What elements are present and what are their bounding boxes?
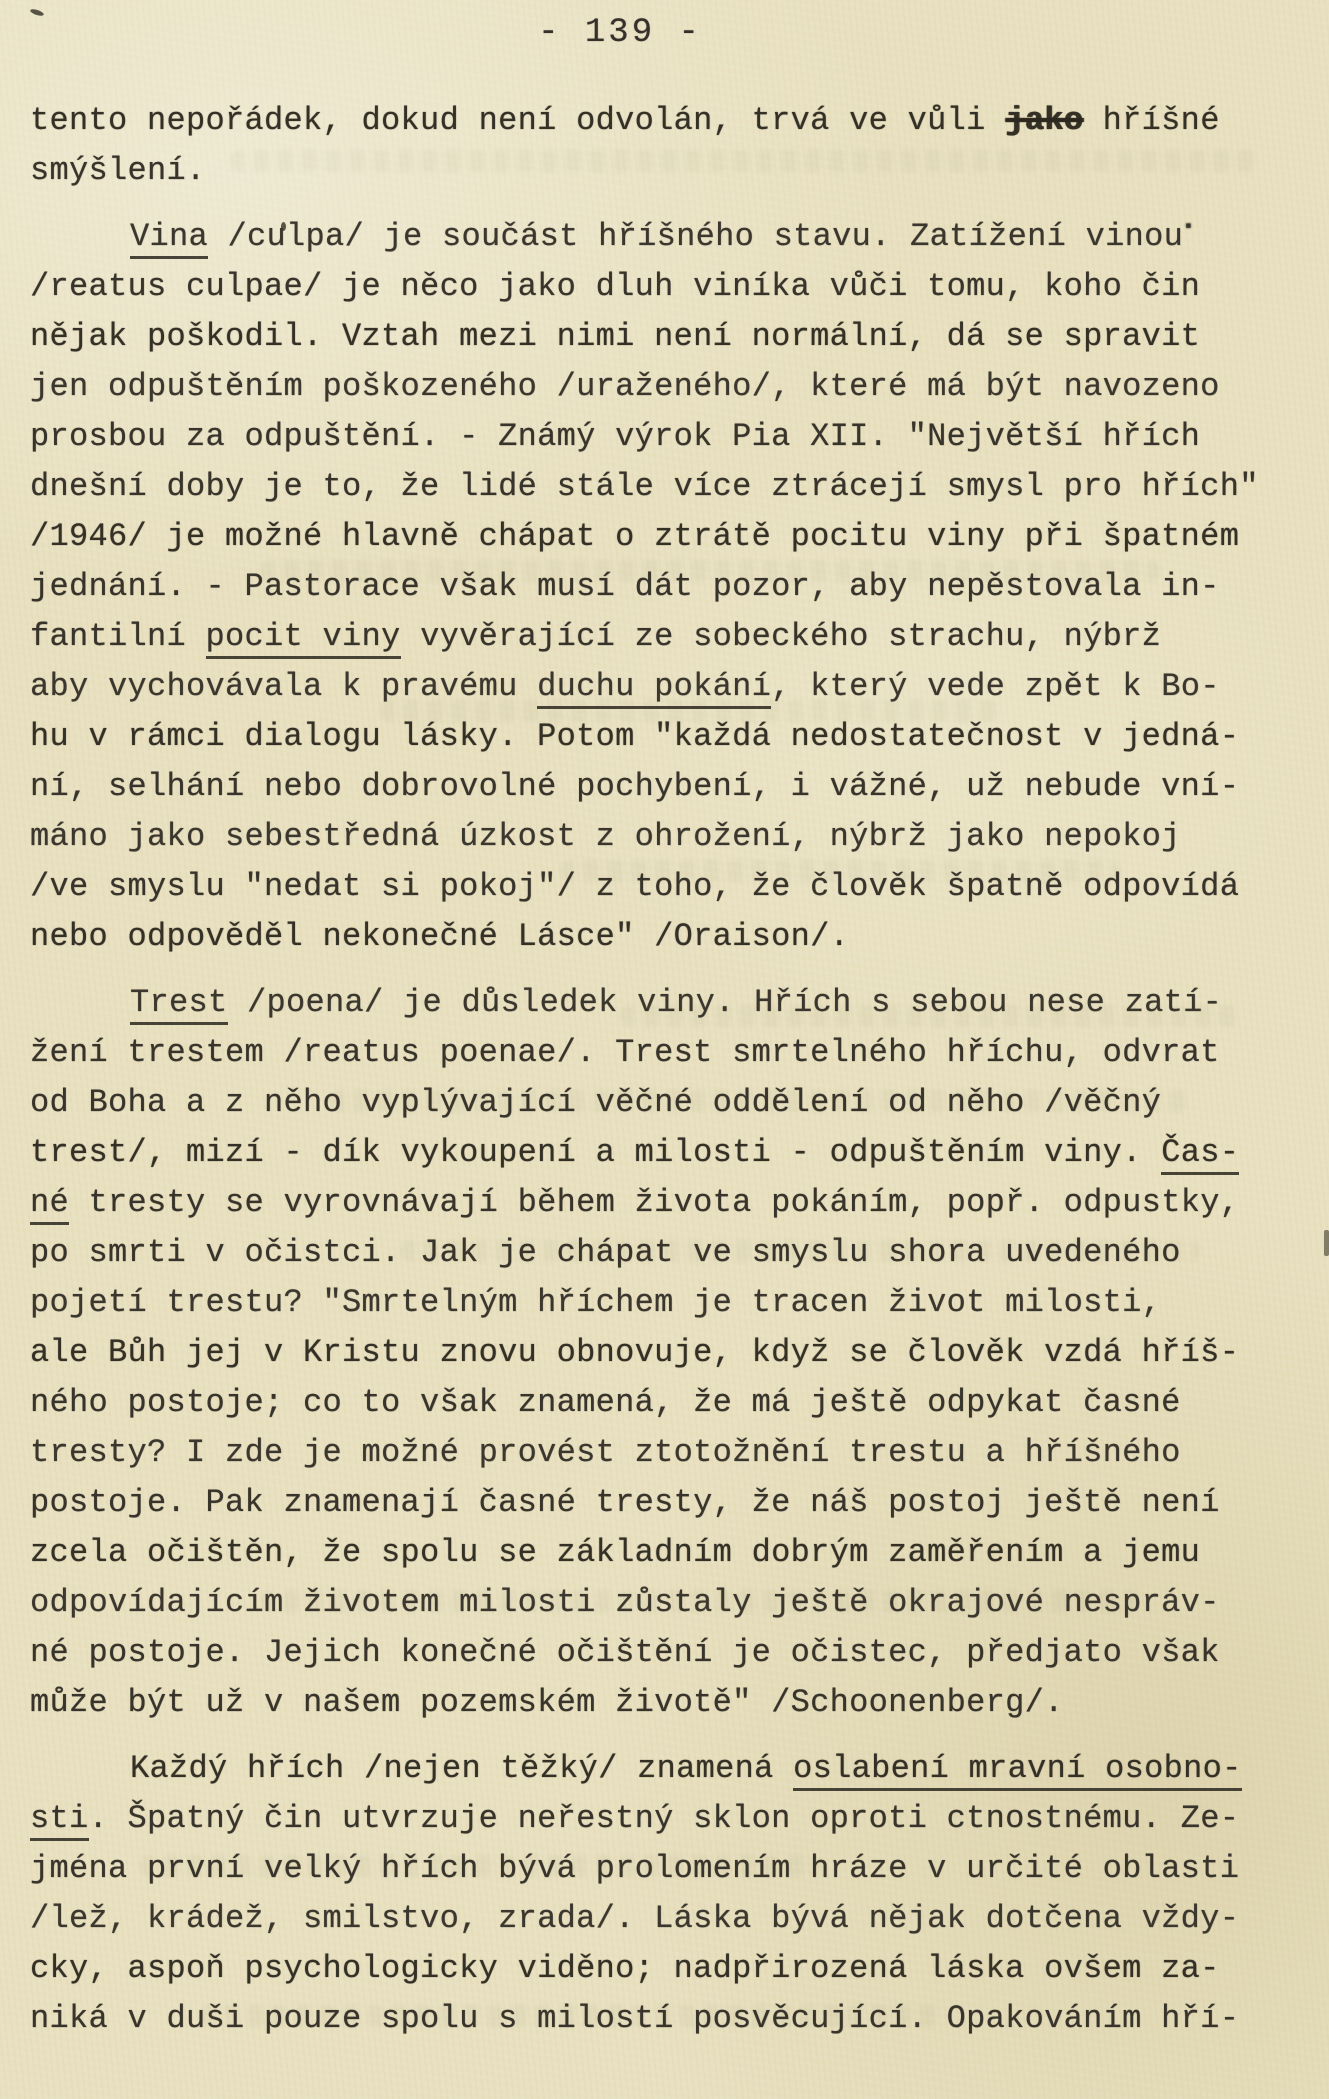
text-line: /1946/ je možné hlavně chápat o ztrátě p… [30, 512, 1311, 562]
text-run: zcela očištěn, že spolu se základním dob… [30, 1534, 1200, 1571]
text-run: ní, selhání nebo dobrovolné pochybení, i… [30, 768, 1239, 805]
text-run: /reatus culpae/ je něco jako dluh viníka… [30, 268, 1200, 305]
underlined-text: pocit viny [206, 618, 401, 659]
text-run: máno jako sebestředná úzkost z ohrožení,… [30, 818, 1181, 855]
text-line: né postoje. Jejich konečné očištění je o… [30, 1628, 1311, 1678]
text-run: aby vychovávala k pravému [30, 668, 537, 705]
text-run: odpovídajícím životem milosti zůstaly je… [30, 1584, 1220, 1621]
text-line: tresty? I zde je možné provést ztotožněn… [30, 1428, 1311, 1478]
text-line: niká v duši pouze spolu s milostí posvěc… [30, 1994, 1311, 2044]
text-run: tresty se vyrovnávají během života pokán… [69, 1184, 1239, 1221]
text-run: žení trestem /reatus poenae/. Trest smrt… [30, 1034, 1220, 1071]
text-line: né tresty se vyrovnávají během života po… [30, 1178, 1311, 1228]
text-run: prosbou za odpuštění. - Známý výrok Pia … [30, 418, 1200, 455]
text-line: Vina /culpa/ je součást hříšného stavu. … [30, 212, 1311, 262]
underlined-text: Čas- [1161, 1134, 1239, 1175]
text-run: jen odpuštěním poškozeného /uraženého/, … [30, 368, 1220, 405]
text-run: /poena/ je důsledek viny. Hřích s sebou … [228, 984, 1223, 1021]
text-run: vyvěrající ze sobeckého strachu, nýbrž [401, 618, 1162, 655]
text-run: pojetí trestu? "Smrtelným hříchem je tra… [30, 1284, 1161, 1321]
text-line: prosbou za odpuštění. - Známý výrok Pia … [30, 412, 1311, 462]
text-run: nějak poškodil. Vztah mezi nimi není nor… [30, 318, 1200, 355]
underlined-text: oslabení mravní osobno- [793, 1750, 1242, 1791]
text-run: tresty? I zde je možné provést ztotožněn… [30, 1434, 1181, 1471]
text-line: /ve smyslu "nedat si pokoj"/ z toho, že … [30, 862, 1311, 912]
text-line: ného postoje; co to však znamená, že má … [30, 1378, 1311, 1428]
text-run: /culpa/ je součást hříšného stavu. Zatíž… [208, 218, 1183, 255]
text-run: fantilní [30, 618, 206, 655]
text-line: smýšlení. [30, 146, 1311, 196]
text-line: ní, selhání nebo dobrovolné pochybení, i… [30, 762, 1311, 812]
text-run: smýšlení. [30, 152, 206, 189]
text-line: postoje. Pak znamenají časné tresty, že … [30, 1478, 1311, 1528]
text-run: ale Bůh jej v Kristu znovu obnovuje, kdy… [30, 1334, 1239, 1371]
text-line: dnešní doby je to, že lidé stále více zt… [30, 462, 1311, 512]
text-line: odpovídajícím životem milosti zůstaly je… [30, 1578, 1311, 1628]
text-line: cky, aspoň psychologicky viděno; nadpřir… [30, 1944, 1311, 1994]
text-line: jednání. - Pastorace však musí dát pozor… [30, 562, 1311, 612]
text-lines: tento nepořádek, dokud není odvolán, trv… [30, 96, 1311, 2044]
text-line: nějak poškodil. Vztah mezi nimi není nor… [30, 312, 1311, 362]
text-line: nebo odpověděl nekonečné Lásce" /Oraison… [30, 912, 1311, 962]
text-line: pojetí trestu? "Smrtelným hříchem je tra… [30, 1278, 1311, 1328]
text-run: po smrti v očistci. Jak je chápat ve smy… [30, 1234, 1181, 1271]
text-run: dnešní doby je to, že lidé stále více zt… [30, 468, 1259, 505]
text-run: /lež, krádež, smilstvo, zrada/. Láska bý… [30, 1900, 1239, 1937]
text-run: , který vede zpět k Bo- [771, 668, 1220, 705]
text-run: může být už v našem pozemském životě" /S… [30, 1684, 1064, 1721]
text-line: máno jako sebestředná úzkost z ohrožení,… [30, 812, 1311, 862]
text-run: nebo odpověděl nekonečné Lásce" /Oraison… [30, 918, 849, 955]
text-line: Každý hřích /nejen těžký/ znamená oslabe… [30, 1744, 1311, 1794]
text-run: . Špatný čin utvrzuje neřestný sklon opr… [89, 1800, 1240, 1837]
text-line: fantilní pocit viny vyvěrající ze sobeck… [30, 612, 1311, 662]
text-run: trest/, mizí - dík vykoupení a milosti -… [30, 1134, 1161, 1171]
text-run: jména první velký hřích bývá prolomením … [30, 1850, 1239, 1887]
text-run: /1946/ je možné hlavně chápat o ztrátě p… [30, 518, 1239, 555]
text-line: trest/, mizí - dík vykoupení a milosti -… [30, 1128, 1311, 1178]
underlined-text: né [30, 1184, 69, 1225]
text-run: /ve smyslu "nedat si pokoj"/ z toho, že … [30, 868, 1239, 905]
text-line: jen odpuštěním poškozeného /uraženého/, … [30, 362, 1311, 412]
text-run: jednání. - Pastorace však musí dát pozor… [30, 568, 1220, 605]
text-run: postoje. Pak znamenají časné tresty, že … [30, 1484, 1220, 1521]
text-line: /lež, krádež, smilstvo, zrada/. Láska bý… [30, 1894, 1311, 1944]
text-line: od Boha a z něho vyplývající věčné odděl… [30, 1078, 1311, 1128]
text-run: ného postoje; co to však znamená, že má … [30, 1384, 1181, 1421]
text-line: po smrti v očistci. Jak je chápat ve smy… [30, 1228, 1311, 1278]
text-line: Trest /poena/ je důsledek viny. Hřích s … [30, 978, 1311, 1028]
text-line: jména první velký hřích bývá prolomením … [30, 1844, 1311, 1894]
text-line: /reatus culpae/ je něco jako dluh viníka… [30, 262, 1311, 312]
underlined-text: duchu pokání [537, 668, 771, 709]
text-run: niká v duši pouze spolu s milostí posvěc… [30, 2000, 1239, 2037]
scanned-page: - 139 - tento nepořádek, dokud není odvo… [0, 0, 1329, 2099]
text-run: Každý hřích /nejen těžký/ znamená [130, 1750, 793, 1787]
text-run: hu v rámci dialogu lásky. Potom "každá n… [30, 718, 1239, 755]
ink-speck [1324, 1230, 1329, 1256]
text-run: né postoje. Jejich konečné očištění je o… [30, 1634, 1220, 1671]
text-line: ale Bůh jej v Kristu znovu obnovuje, kdy… [30, 1328, 1311, 1378]
text-run: od Boha a z něho vyplývající věčné odděl… [30, 1084, 1161, 1121]
text-run: cky, aspoň psychologicky viděno; nadpřir… [30, 1950, 1220, 1987]
page-number: - 139 - [0, 14, 1240, 52]
text-line: sti. Špatný čin utvrzuje neřestný sklon … [30, 1794, 1311, 1844]
underlined-text: Vina [130, 218, 208, 259]
text-line: aby vychovávala k pravému duchu pokání, … [30, 662, 1311, 712]
text-run: tento nepořádek, dokud není odvolán, trv… [30, 102, 1005, 139]
text-line: žení trestem /reatus poenae/. Trest smrt… [30, 1028, 1311, 1078]
text-run: hříšné [1083, 102, 1220, 139]
text-line: zcela očištěn, že spolu se základním dob… [30, 1528, 1311, 1578]
overstruck-text: jako [1005, 102, 1083, 139]
text-line: může být už v našem pozemském životě" /S… [30, 1678, 1311, 1728]
underlined-text: Trest [130, 984, 228, 1025]
underlined-text: sti [30, 1800, 89, 1841]
text-line: tento nepořádek, dokud není odvolán, trv… [30, 96, 1311, 146]
text-line: hu v rámci dialogu lásky. Potom "každá n… [30, 712, 1311, 762]
footnote-mark: ▪ [1183, 217, 1194, 237]
